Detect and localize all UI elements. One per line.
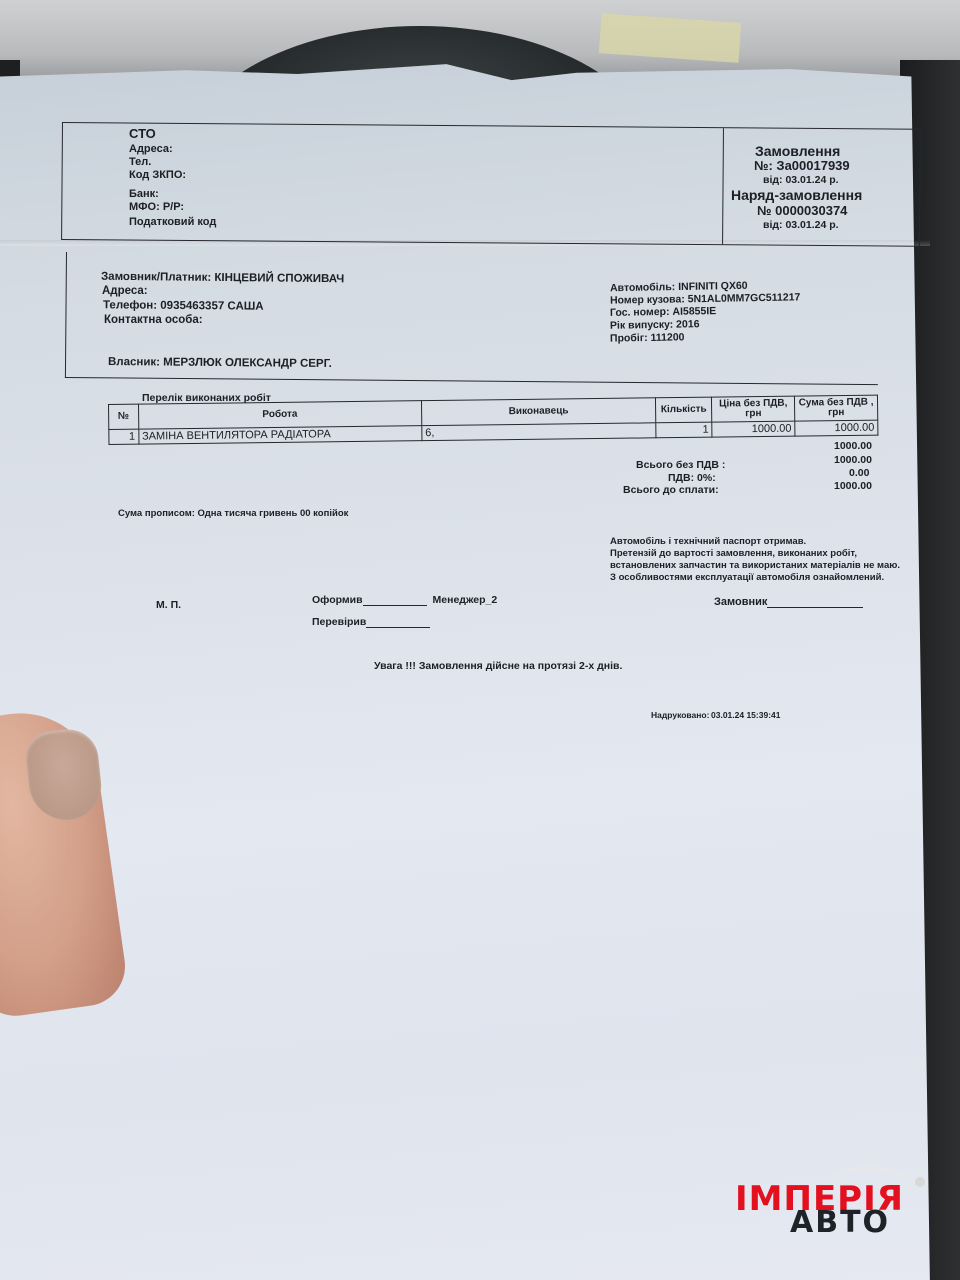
- sto-address-label: Адреса:: [129, 143, 173, 155]
- sto-tax-label: Податковий код: [129, 216, 216, 228]
- prepared-field: Оформив Менеджер_2: [312, 594, 497, 606]
- imperia-avto-logo: ІМПЕРІЯ АВТО: [735, 1165, 910, 1240]
- sto-bank-label: Банк:: [129, 188, 159, 200]
- acceptance-line-4: З особливостями експлуатації автомобіля …: [610, 572, 884, 585]
- prepared-signature-line: [363, 605, 427, 606]
- customer-address: Адреса:: [102, 285, 148, 297]
- customer-signature-label: Замовник: [714, 596, 767, 608]
- customer-signature-field: Замовник: [714, 596, 863, 608]
- total-label: Всього до сплати:: [623, 484, 719, 496]
- customer-phone: Телефон: 0935463357 САША: [103, 299, 264, 312]
- sto-phone-label: Тел.: [129, 156, 151, 168]
- vehicle-year: Рік випуску: 2016: [610, 318, 700, 332]
- row-sum: 1000.00: [795, 420, 878, 436]
- work-order-date: від: 03.01.24 р.: [763, 219, 839, 231]
- total-no-vat-label: Всього без ПДВ :: [636, 459, 725, 471]
- printed-label: Надруковано:: [651, 710, 709, 720]
- total-no-vat: 1000.00: [834, 454, 872, 466]
- checked-label: Перевірив: [312, 616, 366, 628]
- contact-person: Контактна особа:: [104, 314, 203, 326]
- order-title: Замовлення: [755, 143, 840, 159]
- col-quantity: Кількість: [656, 397, 713, 423]
- owner: Власник: МЕРЗЛЮК ОЛЕКСАНДР СЕРГ.: [108, 356, 332, 370]
- col-number: №: [109, 404, 139, 429]
- row-price: 1000.00: [712, 421, 795, 437]
- vehicle-mileage: Пробіг: 111200: [610, 331, 685, 344]
- vat-label: ПДВ: 0%:: [668, 472, 716, 484]
- customer-signature-line: [767, 607, 863, 608]
- work-order-title: Наряд-замовлення: [731, 187, 862, 203]
- checked-field: Перевірив: [312, 616, 430, 628]
- logo-line-2: АВТО: [790, 1205, 890, 1240]
- col-performer: Виконавець: [421, 398, 655, 426]
- logo-dot: [915, 1177, 925, 1187]
- works-table: № Робота Виконавець Кількість Ціна без П…: [108, 395, 878, 445]
- col-price: Ціна без ПДВ, грн: [712, 396, 795, 422]
- checked-signature-line: [366, 627, 430, 628]
- acceptance-line-2: Претензій до вартості замовлення, викона…: [610, 548, 857, 561]
- row-work: ЗАМІНА ВЕНТИЛЯТОРА РАДІАТОРА: [138, 426, 421, 444]
- acceptance-line-1: Автомобіль і технічний паспорт отримав.: [610, 536, 806, 549]
- prepared-by: Менеджер_2: [433, 594, 498, 606]
- work-order-document: СТО Адреса: Тел. Код ЗКПО: Банк: МФО: Р/…: [0, 0, 960, 1280]
- sto-mfo-label: МФО: Р/Р:: [129, 201, 184, 213]
- order-date: від: 03.01.24 р.: [763, 174, 839, 186]
- stamp-label: М. П.: [156, 599, 181, 611]
- sto-zkpo-label: Код ЗКПО:: [129, 169, 186, 181]
- row-performer: 6,: [422, 423, 656, 441]
- printed-timestamp: 03.01.24 15:39:41: [711, 710, 780, 720]
- header-divider: [722, 128, 724, 244]
- vehicle-plate: Гос. номер: AI5855IE: [610, 305, 716, 319]
- works-subtotal: 1000.00: [834, 440, 872, 452]
- prepared-label: Оформив: [312, 594, 363, 606]
- total-value: 1000.00: [834, 480, 872, 492]
- validity-warning: Увага !!! Замовлення дійсне на протязі 2…: [374, 660, 622, 672]
- col-sum: Сума без ПДВ , грн: [795, 395, 878, 421]
- sto-title: СТО: [129, 126, 156, 141]
- payer: Замовник/Платник: КІНЦЕВИЙ СПОЖИВАЧ: [101, 271, 344, 286]
- amount-in-words: Сума прописом: Одна тисяча гривень 00 ко…: [118, 508, 348, 519]
- row-quantity: 1: [656, 422, 712, 438]
- acceptance-line-3: встановлених запчастин та використаних м…: [610, 560, 900, 573]
- vat-value: 0.00: [849, 467, 869, 479]
- order-number: №: За00017939: [754, 158, 850, 173]
- row-number: 1: [109, 429, 139, 444]
- work-order-number: № 0000030374: [757, 203, 847, 218]
- col-work: Робота: [138, 401, 422, 429]
